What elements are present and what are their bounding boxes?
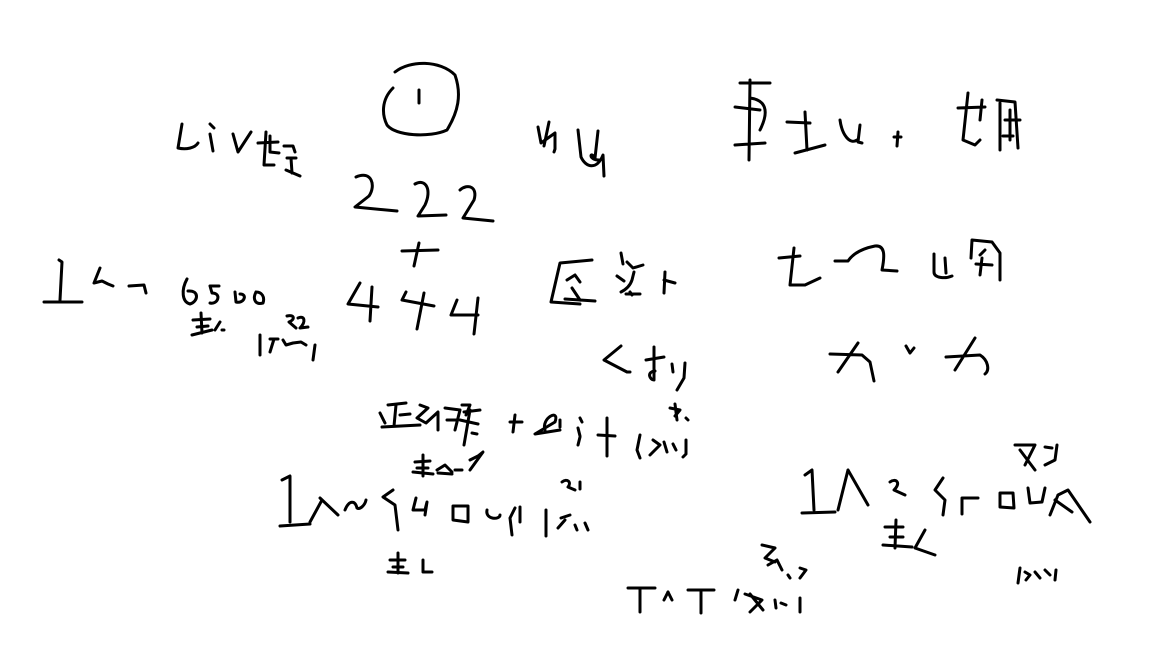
plus-sign xyxy=(402,243,438,266)
middle-line xyxy=(380,403,688,458)
circled-one xyxy=(383,63,458,135)
sum-top xyxy=(355,175,493,221)
price-line-1-sub xyxy=(192,313,315,360)
center-word xyxy=(551,253,675,304)
price-line-1 xyxy=(44,260,264,304)
price-line-2 xyxy=(280,476,588,536)
right-title xyxy=(735,80,1020,160)
bottom-line xyxy=(628,545,806,613)
right-word xyxy=(779,240,1000,285)
price-line-3 xyxy=(802,445,1090,522)
price-line-3-sub xyxy=(883,520,935,555)
sum-bottom xyxy=(348,283,478,334)
price-line-2-sub xyxy=(388,553,432,573)
center-word-sub xyxy=(604,346,685,390)
right-eq xyxy=(830,338,988,381)
kana-ame xyxy=(538,122,604,176)
left-title xyxy=(178,124,300,176)
middle-line-sub xyxy=(413,452,483,476)
price-line-3-paren xyxy=(1018,568,1056,583)
handwriting-strokes xyxy=(0,0,1152,648)
